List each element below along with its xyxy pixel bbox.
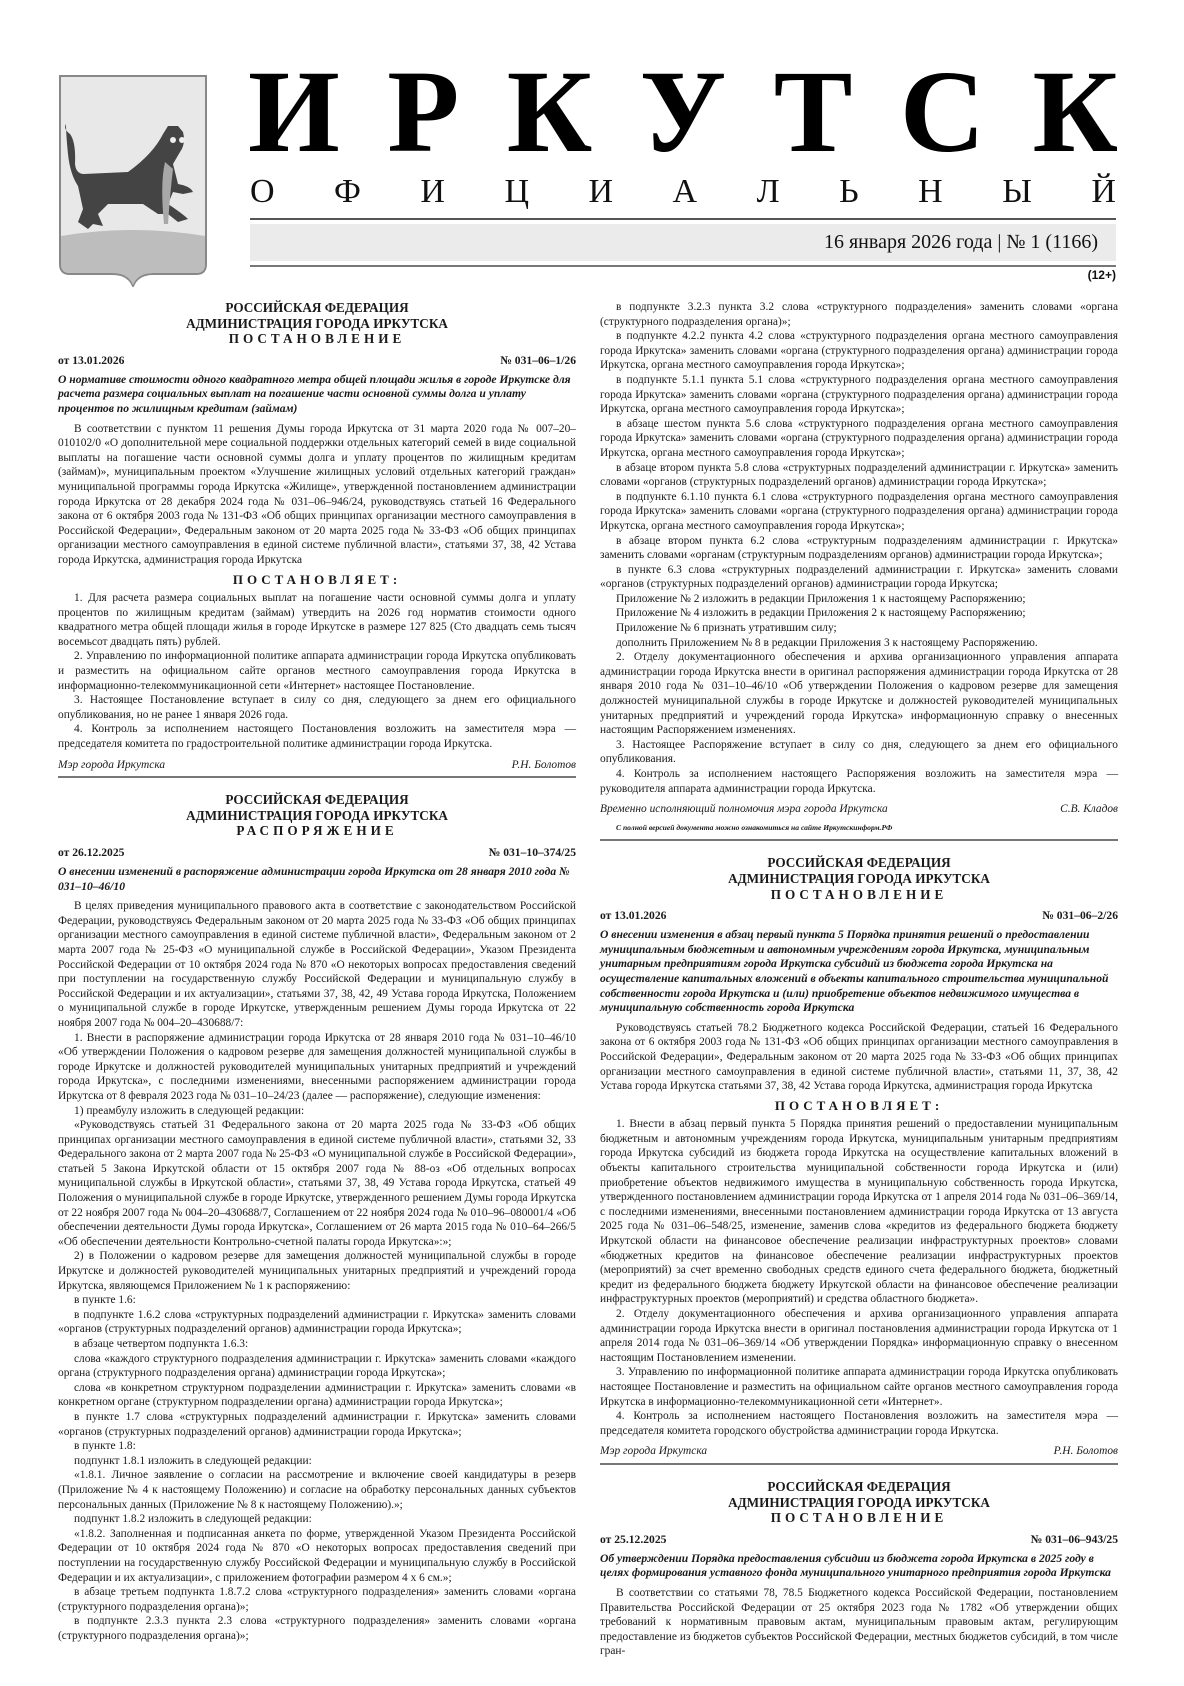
newspaper-subtitle: О Ф И Ц И А Л Ь Н Ы Й xyxy=(250,172,1116,212)
document-2: РОССИЙСКАЯ ФЕДЕРАЦИЯ АДМИНИСТРАЦИЯ ГОРОД… xyxy=(58,792,576,1643)
decree-heading: ПОСТАНОВЛЯЕТ: xyxy=(600,1099,1118,1114)
masthead: И Р К У Т С К О Ф И Ц И А Л Ь Н Ы Й 16 я… xyxy=(0,0,1184,290)
appendix-line: Приложение № 6 признать утратившим силу; xyxy=(600,621,1118,636)
paragraph: подпункт 1.8.1 изложить в следующей реда… xyxy=(58,1454,576,1469)
document-3: РОССИЙСКАЯ ФЕДЕРАЦИЯ АДМИНИСТРАЦИЯ ГОРОД… xyxy=(600,855,1118,1465)
issue-info: 16 января 2026 года | № 1 (1166) xyxy=(824,231,1098,254)
signature-name: С.В. Кладов xyxy=(1060,802,1118,817)
paragraph: в подпункте 6.1.10 пункта 6.1 слова «стр… xyxy=(600,490,1118,534)
document-number: № 031–06–943/25 xyxy=(1031,1532,1118,1547)
preamble: В соответствии с пунктом 11 решения Думы… xyxy=(58,422,576,568)
header-line: РОССИЙСКАЯ ФЕДЕРАЦИЯ xyxy=(58,300,576,316)
title-letter: Т xyxy=(774,52,853,172)
title-letter: К xyxy=(1032,52,1118,172)
signature-role: Временно исполняющий полномочия мэра гор… xyxy=(600,802,888,817)
paragraph: в абзаце четвертом подпункта 1.6.3: xyxy=(58,1337,576,1352)
paragraph: «1.8.1. Личное заявление о согласии на р… xyxy=(58,1468,576,1512)
column-left: РОССИЙСКАЯ ФЕДЕРАЦИЯ АДМИНИСТРАЦИЯ ГОРОД… xyxy=(58,300,576,1643)
document-1: РОССИЙСКАЯ ФЕДЕРАЦИЯ АДМИНИСТРАЦИЯ ГОРОД… xyxy=(58,300,576,778)
signature-role: Мэр города Иркутска xyxy=(600,1444,707,1459)
issue-bar: 16 января 2026 года | № 1 (1166) xyxy=(250,218,1116,267)
subtitle-letter: Ф xyxy=(334,172,361,212)
document-kind: ПОСТАНОВЛЕНИЕ xyxy=(600,887,1118,903)
paragraph: В целях приведения муниципального правов… xyxy=(58,899,576,1030)
decree-item: 2. Отделу документационного обеспечения … xyxy=(600,1307,1118,1365)
age-rating: (12+) xyxy=(1088,268,1116,282)
header-line: РОССИЙСКАЯ ФЕДЕРАЦИЯ xyxy=(600,1479,1118,1495)
paragraph: в пункте 1.8: xyxy=(58,1439,576,1454)
subtitle-letter: И xyxy=(420,172,445,212)
subtitle-letter: Ц xyxy=(504,172,529,212)
paragraph: в подпункте 2.3.3 пункта 2.3 слова «стру… xyxy=(58,1614,576,1643)
document-header: РОССИЙСКАЯ ФЕДЕРАЦИЯ АДМИНИСТРАЦИЯ ГОРОД… xyxy=(600,1479,1118,1526)
title-letter: И xyxy=(248,52,340,172)
header-line: АДМИНИСТРАЦИЯ ГОРОДА ИРКУТСКА xyxy=(58,808,576,824)
paragraph: 1) преамбулу изложить в следующей редакц… xyxy=(58,1104,576,1119)
document-meta: от 13.01.2026 № 031–06–1/26 xyxy=(58,353,576,368)
paragraph: в пункте 1.6: xyxy=(58,1293,576,1308)
header-line: РОССИЙСКАЯ ФЕДЕРАЦИЯ xyxy=(600,855,1118,871)
decree-item: 3. Управлению по информационной политике… xyxy=(600,1365,1118,1409)
subtitle-letter: Ь xyxy=(839,172,859,212)
paragraph: 1. Внести в распоряжение администрации г… xyxy=(58,1031,576,1104)
document-number: № 031–10–374/25 xyxy=(489,845,576,860)
preamble: Руководствуясь статьей 78.2 Бюджетного к… xyxy=(600,1021,1118,1094)
signature: Временно исполняющий полномочия мэра гор… xyxy=(600,802,1118,817)
title-letter: К xyxy=(507,52,593,172)
header-line: АДМИНИСТРАЦИЯ ГОРОДА ИРКУТСКА xyxy=(58,316,576,332)
paragraph: в абзаце втором пункта 6.2 слова «структ… xyxy=(600,534,1118,563)
title-letter: С xyxy=(900,52,985,172)
title-letter: У xyxy=(640,52,727,172)
document-header: РОССИЙСКАЯ ФЕДЕРАЦИЯ АДМИНИСТРАЦИЯ ГОРОД… xyxy=(600,855,1118,902)
header-line: РОССИЙСКАЯ ФЕДЕРАЦИЯ xyxy=(58,792,576,808)
newspaper-title: И Р К У Т С К xyxy=(248,52,1118,172)
paragraph: слова «в конкретном структурном подразде… xyxy=(58,1381,576,1410)
subtitle-letter: И xyxy=(589,172,614,212)
appendix-line: Приложение № 2 изложить в редакции Прило… xyxy=(600,592,1118,607)
document-title: О нормативе стоимости одного квадратного… xyxy=(58,373,576,417)
document-title: О внесении изменений в распоряжение адми… xyxy=(58,865,576,894)
decree-item: 2. Отделу документационного обеспечения … xyxy=(600,650,1118,738)
paragraph: в абзаце шестом пункта 5.6 слова «структ… xyxy=(600,417,1118,461)
subtitle-letter: Л xyxy=(757,172,780,212)
document-kind: РАСПОРЯЖЕНИЕ xyxy=(58,823,576,839)
document-date: от 13.01.2026 xyxy=(600,908,666,923)
decree-heading: ПОСТАНОВЛЯЕТ: xyxy=(58,573,576,588)
signature-name: Р.Н. Болотов xyxy=(512,758,576,773)
document-kind: ПОСТАНОВЛЕНИЕ xyxy=(58,331,576,347)
decree-item: 1. Для расчета размера социальных выплат… xyxy=(58,591,576,649)
signature-name: Р.Н. Болотов xyxy=(1054,1444,1118,1459)
paragraph: в подпункте 1.6.2 слова «структурных под… xyxy=(58,1308,576,1337)
divider xyxy=(600,839,1118,841)
document-header: РОССИЙСКАЯ ФЕДЕРАЦИЯ АДМИНИСТРАЦИЯ ГОРОД… xyxy=(58,300,576,347)
paragraph: «1.8.2. Заполненная и подписанная анкета… xyxy=(58,1527,576,1585)
document-kind: ПОСТАНОВЛЕНИЕ xyxy=(600,1510,1118,1526)
document-date: от 25.12.2025 xyxy=(600,1532,666,1547)
appendix-line: дополнить Приложением № 8 в редакции При… xyxy=(600,636,1118,651)
signature-role: Мэр города Иркутска xyxy=(58,758,165,773)
divider xyxy=(600,1463,1118,1465)
paragraph: 2) в Положении о кадровом резерве для за… xyxy=(58,1249,576,1293)
paragraph: в пункте 6.3 слова «структурных подразде… xyxy=(600,563,1118,592)
subtitle-letter: Й xyxy=(1091,172,1116,212)
paragraph: в абзаце втором пункта 5.8 слова «структ… xyxy=(600,461,1118,490)
column-right: в подпункте 3.2.3 пункта 3.2 слова «стру… xyxy=(600,300,1118,1659)
divider xyxy=(58,776,576,778)
document-number: № 031–06–1/26 xyxy=(500,353,576,368)
full-version-note: С полной версией документа можно ознаком… xyxy=(600,821,1118,836)
signature: Мэр города Иркутска Р.Н. Болотов xyxy=(600,1444,1118,1459)
paragraph: подпункт 1.8.2 изложить в следующей реда… xyxy=(58,1512,576,1527)
paragraph: в подпункте 3.2.3 пункта 3.2 слова «стру… xyxy=(600,300,1118,329)
document-meta: от 13.01.2026 № 031–06–2/26 xyxy=(600,908,1118,923)
document-meta: от 26.12.2025 № 031–10–374/25 xyxy=(58,845,576,860)
document-2-continued: в подпункте 3.2.3 пункта 3.2 слова «стру… xyxy=(600,300,1118,841)
preamble: В соответствии со статьями 78, 78.5 Бюдж… xyxy=(600,1586,1118,1659)
header-line: АДМИНИСТРАЦИЯ ГОРОДА ИРКУТСКА xyxy=(600,871,1118,887)
subtitle-letter: О xyxy=(250,172,275,212)
document-header: РОССИЙСКАЯ ФЕДЕРАЦИЯ АДМИНИСТРАЦИЯ ГОРОД… xyxy=(58,792,576,839)
paragraph: в подпункте 4.2.2 пункта 4.2 слова «стру… xyxy=(600,329,1118,373)
document-date: от 26.12.2025 xyxy=(58,845,124,860)
subtitle-letter: Ы xyxy=(1002,172,1032,212)
decree-item: 4. Контроль за исполнением настоящего По… xyxy=(600,1409,1118,1438)
irkutsk-coat-of-arms-icon xyxy=(58,74,208,287)
subtitle-letter: Н xyxy=(918,172,943,212)
decree-item: 3. Настоящее Распоряжение вступает в сил… xyxy=(600,738,1118,767)
title-letter: Р xyxy=(387,52,459,172)
decree-item: 3. Настоящее Постановление вступает в си… xyxy=(58,693,576,722)
paragraph: в подпункте 5.1.1 пункта 5.1 слова «стру… xyxy=(600,373,1118,417)
document-date: от 13.01.2026 xyxy=(58,353,124,368)
decree-item: 2. Управлению по информационной политике… xyxy=(58,649,576,693)
decree-item: 1. Внести в абзац первый пункта 5 Порядк… xyxy=(600,1117,1118,1307)
decree-item: 4. Контроль за исполнением настоящего Ра… xyxy=(600,767,1118,796)
document-title: О внесении изменения в абзац первый пунк… xyxy=(600,928,1118,1016)
subtitle-letter: А xyxy=(673,172,698,212)
signature: Мэр города Иркутска Р.Н. Болотов xyxy=(58,758,576,773)
header-line: АДМИНИСТРАЦИЯ ГОРОДА ИРКУТСКА xyxy=(600,1495,1118,1511)
appendix-line: Приложение № 4 изложить в редакции Прило… xyxy=(600,606,1118,621)
document-title: Об утверждении Порядка предоставления су… xyxy=(600,1552,1118,1581)
paragraph: в пункте 1.7 слова «структурных подразде… xyxy=(58,1410,576,1439)
document-number: № 031–06–2/26 xyxy=(1042,908,1118,923)
document-4: РОССИЙСКАЯ ФЕДЕРАЦИЯ АДМИНИСТРАЦИЯ ГОРОД… xyxy=(600,1479,1118,1659)
paragraph: в абзаце третьем подпункта 1.8.7.2 слова… xyxy=(58,1585,576,1614)
document-meta: от 25.12.2025 № 031–06–943/25 xyxy=(600,1532,1118,1547)
paragraph: слова «каждого структурного подразделени… xyxy=(58,1352,576,1381)
paragraph: «Руководствуясь статьей 31 Федерального … xyxy=(58,1118,576,1249)
decree-item: 4. Контроль за исполнением настоящего По… xyxy=(58,722,576,751)
